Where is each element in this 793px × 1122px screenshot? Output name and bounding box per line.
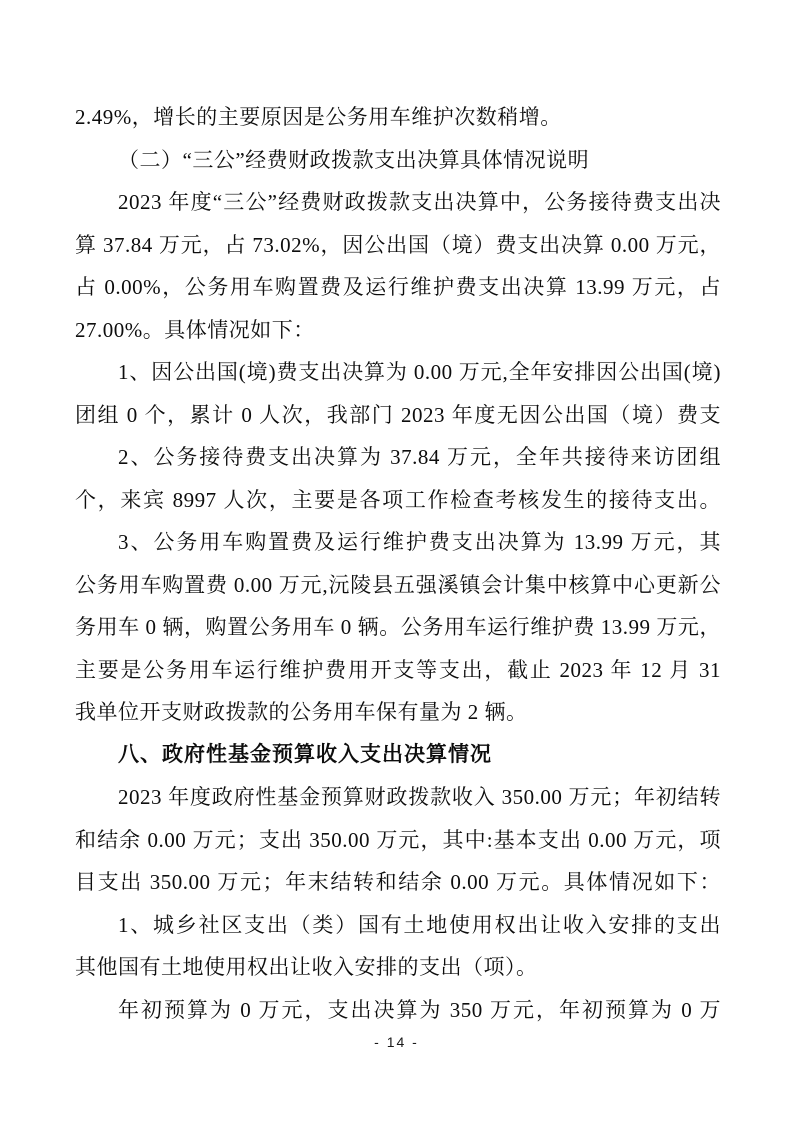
- body-line: 2.49%，增长的主要原因是公务用车维护次数稍增。: [75, 96, 721, 139]
- body-line: 和结余 0.00 万元；支出 350.00 万元，其中:基本支出 0.00 万元…: [75, 819, 721, 862]
- body-line: 公务用车购置费 0.00 万元,沅陵县五强溪镇会计集中核算中心更新公: [75, 564, 721, 607]
- body-line: 1、因公出国(境)费支出决算为 0.00 万元,全年安排因公出国(境): [75, 351, 721, 394]
- document-body: 2.49%，增长的主要原因是公务用车维护次数稍增。 （二）“三公”经费财政拨款支…: [75, 96, 721, 1031]
- body-line: 1、城乡社区支出（类）国有土地使用权出让收入安排的支出（款）: [75, 904, 721, 947]
- body-line: 主要是公务用车运行维护费用开支等支出，截止 2023 年 12 月 31 日，: [75, 649, 721, 692]
- section-heading: 八、政府性基金预算收入支出决算情况: [75, 734, 721, 777]
- body-line: 2023 年度“三公”经费财政拨款支出决算中，公务接待费支出决: [75, 181, 721, 224]
- body-line: 个，来宾 8997 人次，主要是各项工作检查考核发生的接待支出。: [75, 479, 721, 522]
- body-line: 算 37.84 万元，占 73.02%，因公出国（境）费支出决算 0.00 万元…: [75, 224, 721, 267]
- body-line: 我单位开支财政拨款的公务用车保有量为 2 辆。: [75, 691, 721, 734]
- page-number: - 14 -: [0, 1034, 793, 1050]
- document-page: 2.49%，增长的主要原因是公务用车维护次数稍增。 （二）“三公”经费财政拨款支…: [0, 0, 793, 1122]
- body-line: 团组 0 个，累计 0 人次，我部门 2023 年度无因公出国（境）费支出。: [75, 394, 721, 437]
- body-line: 3、公务用车购置费及运行维护费支出决算为 13.99 万元，其中：: [75, 521, 721, 564]
- body-line: 务用车 0 辆，购置公务用车 0 辆。公务用车运行维护费 13.99 万元，: [75, 606, 721, 649]
- body-line: 27.00%。具体情况如下：: [75, 309, 721, 352]
- body-line: 2023 年度政府性基金预算财政拨款收入 350.00 万元；年初结转: [75, 776, 721, 819]
- body-line: 年初预算为 0 万元，支出决算为 350 万元，年初预算为 0 万元，: [75, 989, 721, 1032]
- body-line: 目支出 350.00 万元；年末结转和结余 0.00 万元。具体情况如下：: [75, 861, 721, 904]
- body-line: 其他国有土地使用权出让收入安排的支出（项）。: [75, 946, 721, 989]
- body-line: 2、公务接待费支出决算为 37.84 万元，全年共接待来访团组 693: [75, 436, 721, 479]
- subsection-heading: （二）“三公”经费财政拨款支出决算具体情况说明: [75, 139, 721, 182]
- body-line: 占 0.00%，公务用车购置费及运行维护费支出决算 13.99 万元，占: [75, 266, 721, 309]
